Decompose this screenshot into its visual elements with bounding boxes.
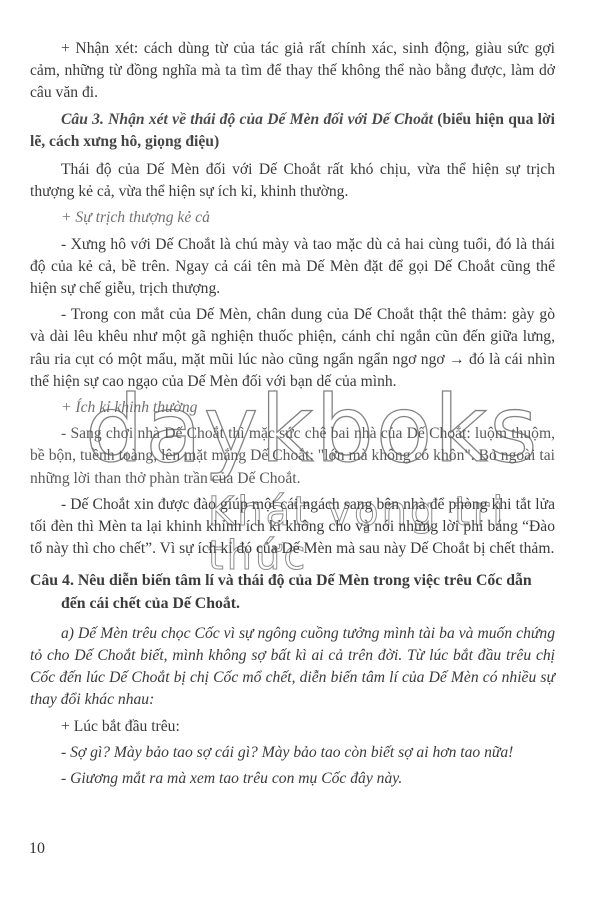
subheading-trich-thuong: + Sự trịch thượng kẻ cả [30, 207, 555, 229]
question-3-heading: Câu 3. Nhận xét về thái độ của Dế Mèn đố… [30, 109, 555, 153]
document-page: + Nhận xét: cách dùng từ của tác giả rất… [30, 38, 555, 794]
paragraph-sang-choi: - Sang chơi nhà Dế Choắt thì mặc sức chê… [30, 423, 555, 490]
quote-so-gi: - Sợ gì? Mày bảo tao sợ cái gì? Mày bảo … [30, 742, 555, 764]
subheading-luc-bat-dau: + Lúc bắt đầu trêu: [30, 716, 555, 738]
page-number: 10 [29, 840, 45, 858]
paragraph-treu-coc: a) Dế Mèn trêu chọc Cốc vì sự ngông cuồn… [30, 623, 555, 712]
paragraph-dao-ngach: - Dế Choắt xin được đào giúp một cái ngá… [30, 494, 555, 561]
quote-giuong-mat: - Giương mắt ra mà xem tao trêu con mụ C… [30, 768, 555, 790]
question-4-heading: Câu 4. Nêu diễn biến tâm lí và thái độ c… [30, 570, 555, 614]
paragraph-thai-do: Thái độ của Dế Mèn đối với Dế Choắt rất … [30, 159, 555, 203]
paragraph-xung-ho: - Xưng hô với Dế Choắt là chú mày và tao… [30, 234, 555, 301]
paragraph-nhan-xet: + Nhận xét: cách dùng từ của tác giả rất… [30, 38, 555, 105]
subheading-ich-ki: + Ích kỉ khinh thường [30, 397, 555, 419]
paragraph-chan-dung: - Trong con mắt của Dế Mèn, chân dung củ… [30, 304, 555, 393]
question-3-title: Câu 3. Nhận xét về thái độ của Dế Mèn đố… [61, 111, 433, 128]
